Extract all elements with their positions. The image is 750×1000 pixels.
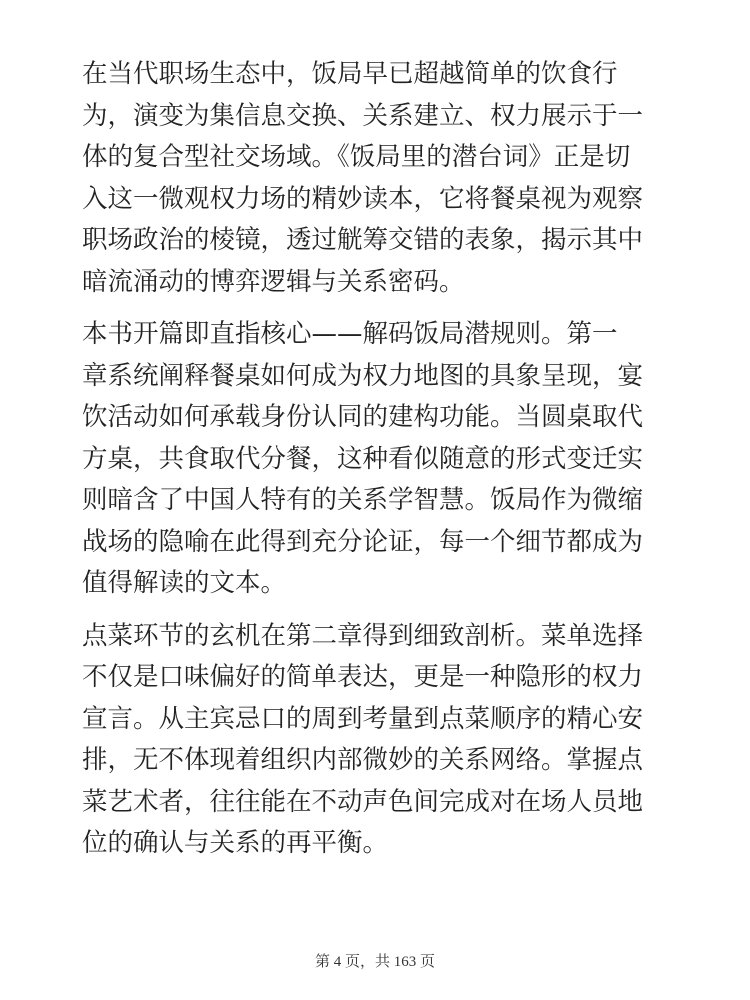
page-number-indicator: 第 4 页，共 163 页 (0, 950, 750, 971)
text-line: 在当代职场生态中，饭局早已超越简单的饮食行 (82, 54, 672, 96)
text-line: 章系统阐释餐桌如何成为权力地图的具象呈现，宴 (82, 356, 672, 398)
text-line: 暗流涌动的博弈逻辑与关系密码。 (82, 262, 672, 304)
text-line: 则暗含了中国人特有的关系学智慧。饭局作为微缩 (82, 480, 672, 522)
paragraph-3: 点菜环节的玄机在第二章得到细致剖析。菜单选择 不仅是口味偏好的简单表达，更是一种… (82, 616, 672, 865)
text-line: 体的复合型社交场域。《饭局里的潜台词》正是切 (82, 137, 672, 179)
text-line: 入这一微观权力场的精妙读本，它将餐桌视为观察 (82, 179, 672, 221)
text-line: 战场的隐喻在此得到充分论证，每一个细节都成为 (82, 522, 672, 564)
paragraph-2: 本书开篇即直指核心——解码饭局潜规则。第一 章系统阐释餐桌如何成为权力地图的具象… (82, 314, 672, 605)
document-page-body: 在当代职场生态中，饭局早已超越简单的饮食行 为，演变为集信息交换、关系建立、权力… (82, 54, 672, 876)
text-line: 值得解读的文本。 (82, 563, 672, 605)
paragraph-1: 在当代职场生态中，饭局早已超越简单的饮食行 为，演变为集信息交换、关系建立、权力… (82, 54, 672, 303)
text-line: 为，演变为集信息交换、关系建立、权力展示于一 (82, 96, 672, 138)
text-line: 位的确认与关系的再平衡。 (82, 823, 672, 865)
text-line: 点菜环节的玄机在第二章得到细致剖析。菜单选择 (82, 616, 672, 658)
text-line: 饮活动如何承载身份认同的建构功能。当圆桌取代 (82, 397, 672, 439)
text-line: 宣言。从主宾忌口的周到考量到点菜顺序的精心安 (82, 699, 672, 741)
text-line: 职场政治的棱镜，透过觥筹交错的表象，揭示其中 (82, 220, 672, 262)
text-line: 方桌，共食取代分餐，这种看似随意的形式变迁实 (82, 439, 672, 481)
text-line: 不仅是口味偏好的简单表达，更是一种隐形的权力 (82, 657, 672, 699)
text-line: 菜艺术者，往往能在不动声色间完成对在场人员地 (82, 782, 672, 824)
text-line: 排，无不体现着组织内部微妙的关系网络。掌握点 (82, 740, 672, 782)
text-line: 本书开篇即直指核心——解码饭局潜规则。第一 (82, 314, 672, 356)
